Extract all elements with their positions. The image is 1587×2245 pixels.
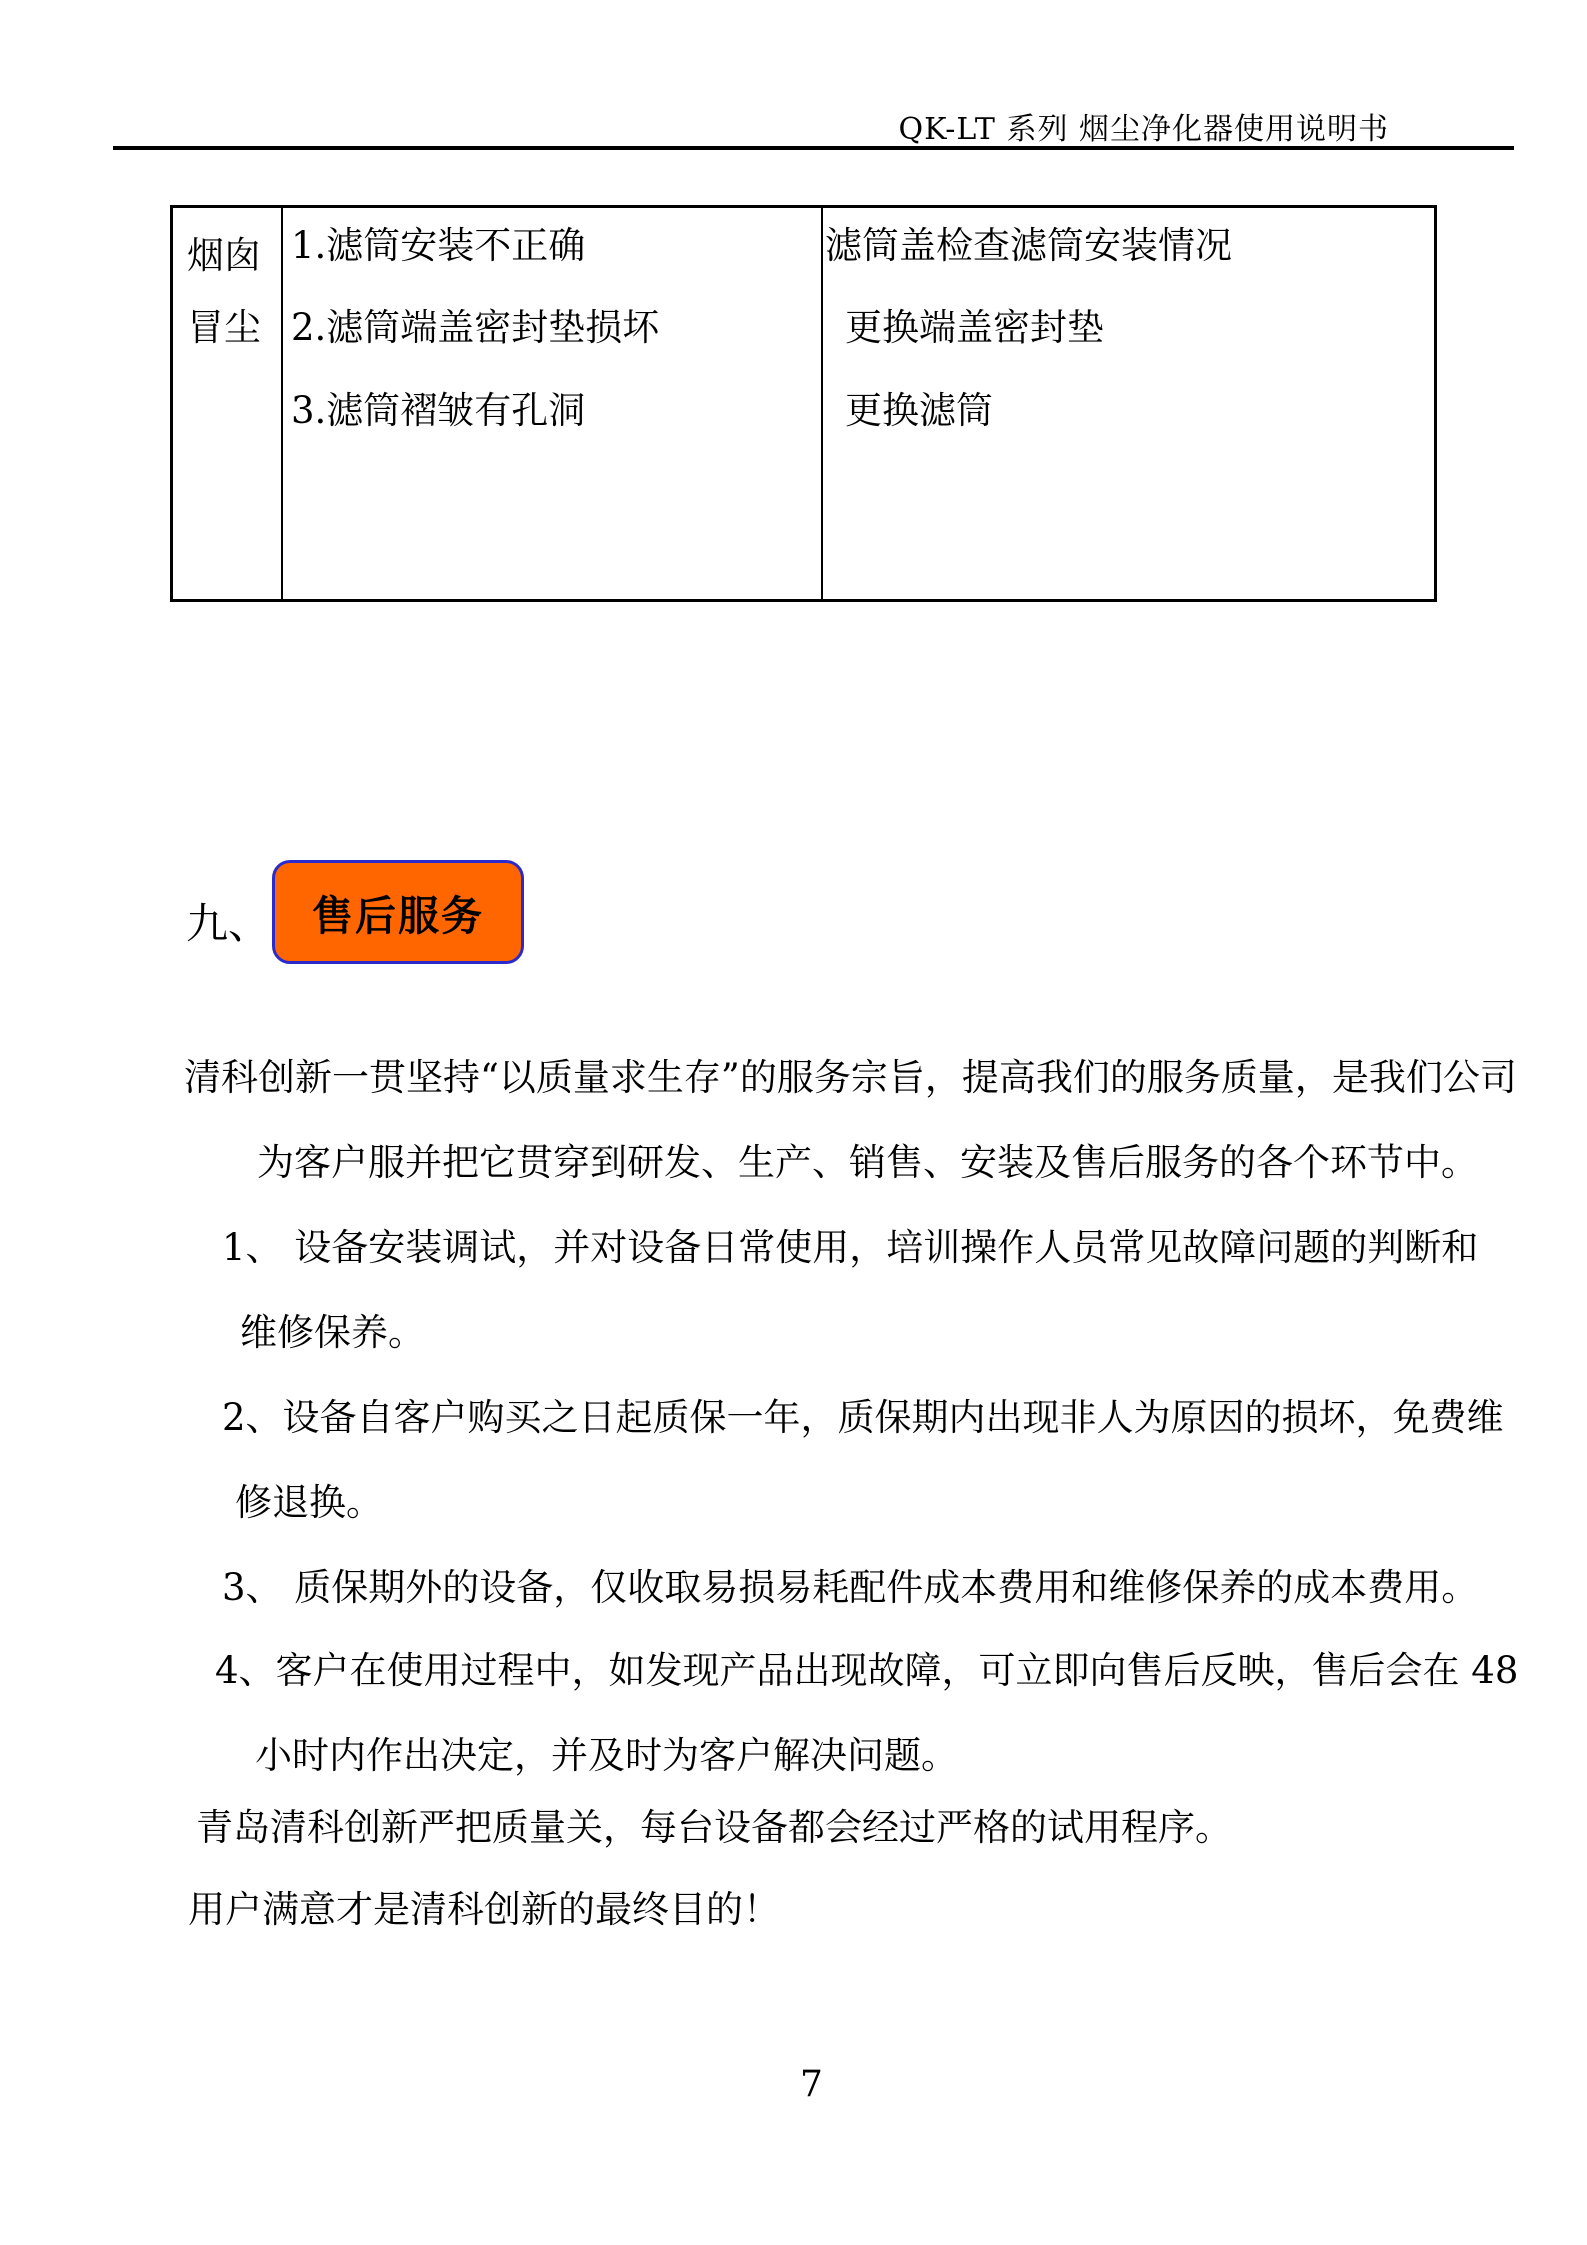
section-title-badge: 售后服务 xyxy=(272,860,524,964)
body-text-line: 2、设备自客户购买之日起质保一年，质保期内出现非人为原因的损坏，免费维 xyxy=(222,1396,1504,1440)
table-cell: 滤筒盖检查滤筒安装情况 xyxy=(825,226,1232,267)
troubleshooting-table: 烟囱 冒尘 1.滤筒安装不正确 2.滤筒端盖密封垫损坏 3.滤筒褶皱有孔洞 滤筒… xyxy=(170,205,1437,602)
body-text-line: 为客户服并把它贯穿到研发、生产、销售、安装及售后服务的各个环节中。 xyxy=(257,1141,1478,1185)
table-cell: 2.滤筒端盖密封垫损坏 xyxy=(291,308,659,349)
header-divider-rule xyxy=(113,146,1514,150)
body-text-line: 青岛清科创新严把质量关，每台设备都会经过严格的试用程序。 xyxy=(196,1806,1232,1850)
section-title-label: 售后服务 xyxy=(312,883,484,942)
page-number: 7 xyxy=(800,2064,823,2105)
body-text-line: 维修保养。 xyxy=(240,1311,425,1355)
table-cell: 1.滤筒安装不正确 xyxy=(291,226,585,267)
body-text-line: 4、客户在使用过程中，如发现产品出现故障，可立即向售后反映，售后会在 48 xyxy=(215,1649,1518,1693)
manual-page: QK-LT 系列 烟尘净化器使用说明书 烟囱 冒尘 1.滤筒安装不正确 2.滤筒… xyxy=(0,0,1587,2245)
body-text-line: 1、 设备安装调试，并对设备日常使用，培训操作人员常见故障问题的判断和 xyxy=(222,1226,1478,1270)
page-header-title: QK-LT 系列 烟尘净化器使用说明书 xyxy=(898,104,1389,148)
table-cell: 冒尘 xyxy=(187,308,261,349)
table-cell: 更换端盖密封垫 xyxy=(845,308,1104,349)
table-column-remedies: 滤筒盖检查滤筒安装情况 更换端盖密封垫 更换滤筒 xyxy=(823,208,1434,599)
body-text-line: 修退换。 xyxy=(235,1481,383,1525)
section-number: 九、 xyxy=(186,891,270,951)
table-column-symptom: 烟囱 冒尘 xyxy=(173,208,283,599)
body-text-line: 3、 质保期外的设备，仅收取易损易耗配件成本费用和维修保养的成本费用。 xyxy=(222,1566,1478,1610)
body-text-line: 用户满意才是清科创新的最终目的！ xyxy=(188,1888,780,1932)
table-column-causes: 1.滤筒安装不正确 2.滤筒端盖密封垫损坏 3.滤筒褶皱有孔洞 xyxy=(283,208,823,599)
table-cell: 3.滤筒褶皱有孔洞 xyxy=(291,391,585,432)
body-text-line: 清科创新一贯坚持“以质量求生存”的服务宗旨，提高我们的服务质量，是我们公司 xyxy=(184,1056,1517,1100)
table-cell: 烟囱 xyxy=(187,236,261,277)
body-text-line: 小时内作出决定，并及时为客户解决问题。 xyxy=(255,1734,958,1778)
table-cell: 更换滤筒 xyxy=(845,391,993,432)
